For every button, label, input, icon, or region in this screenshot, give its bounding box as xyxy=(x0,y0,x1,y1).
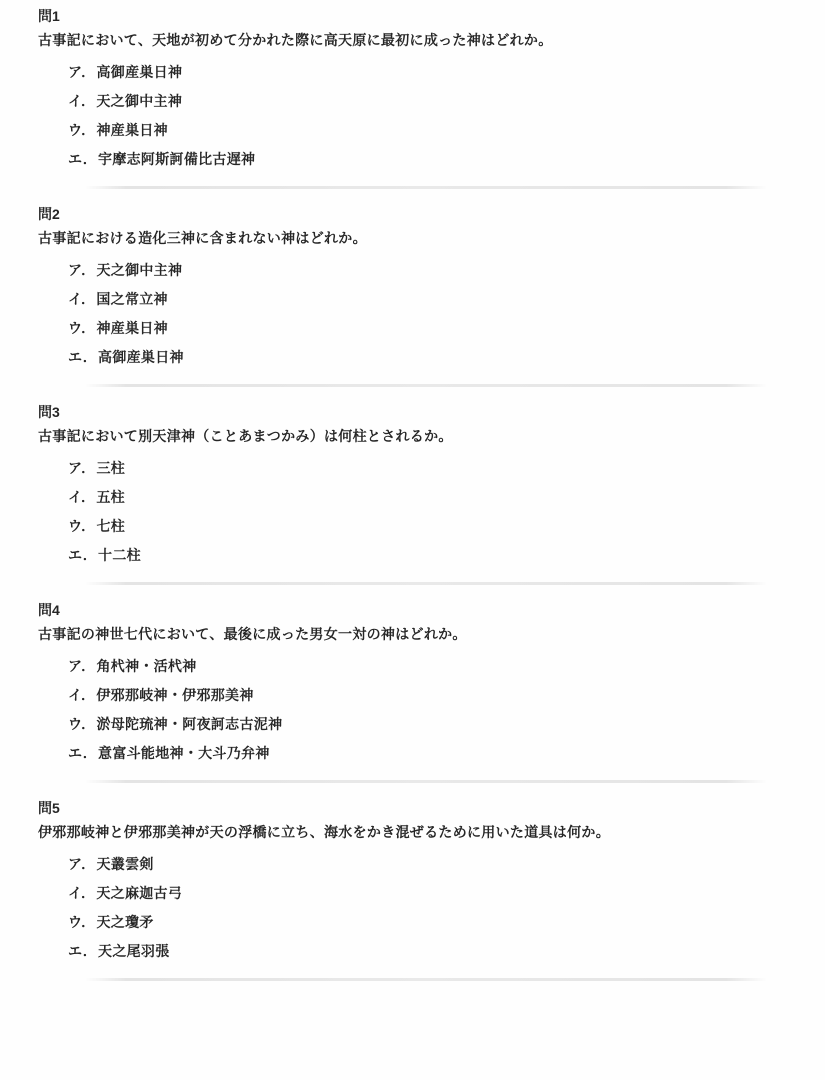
option-item: イ．伊邪那岐神・伊邪那美神 xyxy=(68,687,795,703)
question-block: 問3 古事記において別天津神（ことあまつかみ）は何柱とされるか。 ア．三柱 イ．… xyxy=(38,404,795,585)
option-text: 高御産巣日神 xyxy=(96,64,182,80)
option-label: イ． xyxy=(68,489,95,505)
option-text: 神産巣日神 xyxy=(96,122,168,138)
option-text: 伊邪那岐神・伊邪那美神 xyxy=(96,687,253,703)
question-block: 問4 古事記の神世七代において、最後に成った男女一対の神はどれか。 ア．角杙神・… xyxy=(38,602,795,783)
options-list: ア．天之御中主神 イ．国之常立神 ウ．神産巣日神 エ．高御産巣日神 xyxy=(38,262,795,365)
option-item: ア．天之御中主神 xyxy=(68,262,795,278)
option-text: 淤母陀琉神・阿夜訶志古泥神 xyxy=(96,716,282,732)
option-label: エ． xyxy=(68,547,97,563)
option-item: ウ．神産巣日神 xyxy=(68,122,795,138)
question-number: 問4 xyxy=(38,602,795,618)
option-label: エ． xyxy=(68,151,97,167)
section-divider xyxy=(85,780,767,783)
section-divider xyxy=(85,582,767,585)
option-label: ア． xyxy=(68,460,95,476)
option-label: ウ． xyxy=(68,518,95,534)
section-divider xyxy=(85,384,767,387)
options-list: ア．高御産巣日神 イ．天之御中主神 ウ．神産巣日神 エ．宇摩志阿斯訶備比古遅神 xyxy=(38,64,795,167)
options-list: ア．天叢雲剣 イ．天之麻迦古弓 ウ．天之瓊矛 エ．天之尾羽張 xyxy=(38,856,795,959)
option-item: ウ．七柱 xyxy=(68,518,795,534)
option-item: ア．角杙神・活杙神 xyxy=(68,658,795,674)
question-block: 問2 古事記における造化三神に含まれない神はどれか。 ア．天之御中主神 イ．国之… xyxy=(38,206,795,387)
option-label: エ． xyxy=(68,943,97,959)
option-item: ウ．天之瓊矛 xyxy=(68,914,795,930)
option-label: イ． xyxy=(68,687,95,703)
question-number: 問1 xyxy=(38,8,795,24)
option-label: ア． xyxy=(68,658,95,674)
option-text: 宇摩志阿斯訶備比古遅神 xyxy=(98,151,255,167)
option-text: 天之御中主神 xyxy=(96,262,182,278)
option-item: イ．五柱 xyxy=(68,489,795,505)
option-label: ウ． xyxy=(68,914,95,930)
question-text: 伊邪那岐神と伊邪那美神が天の浮橋に立ち、海水をかき混ぜるために用いた道具は何か。 xyxy=(38,824,795,841)
question-text: 古事記において、天地が初めて分かれた際に高天原に最初に成った神はどれか。 xyxy=(38,32,795,49)
question-number: 問2 xyxy=(38,206,795,222)
question-text: 古事記における造化三神に含まれない神はどれか。 xyxy=(38,230,795,247)
option-text: 天之麻迦古弓 xyxy=(96,885,182,901)
question-text: 古事記の神世七代において、最後に成った男女一対の神はどれか。 xyxy=(38,626,795,643)
option-text: 天之瓊矛 xyxy=(96,914,153,930)
option-item: ア．高御産巣日神 xyxy=(68,64,795,80)
options-list: ア．三柱 イ．五柱 ウ．七柱 エ．十二柱 xyxy=(38,460,795,563)
option-item: ア．天叢雲剣 xyxy=(68,856,795,872)
option-label: ア． xyxy=(68,262,95,278)
option-text: 角杙神・活杙神 xyxy=(96,658,196,674)
section-divider xyxy=(85,978,767,981)
option-text: 天之御中主神 xyxy=(96,93,182,109)
option-label: イ． xyxy=(68,885,95,901)
options-list: ア．角杙神・活杙神 イ．伊邪那岐神・伊邪那美神 ウ．淤母陀琉神・阿夜訶志古泥神 … xyxy=(38,658,795,761)
option-text: 五柱 xyxy=(96,489,125,505)
option-text: 意富斗能地神・大斗乃弁神 xyxy=(98,745,270,761)
option-label: エ． xyxy=(68,745,97,761)
option-item: イ．国之常立神 xyxy=(68,291,795,307)
option-label: ウ． xyxy=(68,320,95,336)
option-item: エ．宇摩志阿斯訶備比古遅神 xyxy=(68,151,795,167)
option-text: 天叢雲剣 xyxy=(96,856,153,872)
option-item: エ．十二柱 xyxy=(68,547,795,563)
option-item: エ．天之尾羽張 xyxy=(68,943,795,959)
section-divider xyxy=(85,186,767,189)
option-label: イ． xyxy=(68,93,95,109)
option-item: ウ．神産巣日神 xyxy=(68,320,795,336)
option-text: 十二柱 xyxy=(98,547,141,563)
question-number: 問5 xyxy=(38,800,795,816)
option-text: 高御産巣日神 xyxy=(98,349,184,365)
option-label: ア． xyxy=(68,64,95,80)
option-item: エ．意富斗能地神・大斗乃弁神 xyxy=(68,745,795,761)
question-block: 問1 古事記において、天地が初めて分かれた際に高天原に最初に成った神はどれか。 … xyxy=(38,8,795,189)
option-label: エ． xyxy=(68,349,97,365)
option-label: イ． xyxy=(68,291,95,307)
option-item: イ．天之御中主神 xyxy=(68,93,795,109)
question-number: 問3 xyxy=(38,404,795,420)
option-text: 七柱 xyxy=(96,518,125,534)
option-text: 天之尾羽張 xyxy=(98,943,170,959)
option-item: ア．三柱 xyxy=(68,460,795,476)
question-block: 問5 伊邪那岐神と伊邪那美神が天の浮橋に立ち、海水をかき混ぜるために用いた道具は… xyxy=(38,800,795,981)
option-item: ウ．淤母陀琉神・阿夜訶志古泥神 xyxy=(68,716,795,732)
option-label: ウ． xyxy=(68,122,95,138)
quiz-document: 問1 古事記において、天地が初めて分かれた際に高天原に最初に成った神はどれか。 … xyxy=(0,0,825,1080)
option-label: ウ． xyxy=(68,716,95,732)
option-text: 神産巣日神 xyxy=(96,320,168,336)
option-label: ア． xyxy=(68,856,95,872)
option-text: 三柱 xyxy=(96,460,125,476)
option-item: エ．高御産巣日神 xyxy=(68,349,795,365)
option-item: イ．天之麻迦古弓 xyxy=(68,885,795,901)
option-text: 国之常立神 xyxy=(96,291,168,307)
question-text: 古事記において別天津神（ことあまつかみ）は何柱とされるか。 xyxy=(38,428,795,445)
